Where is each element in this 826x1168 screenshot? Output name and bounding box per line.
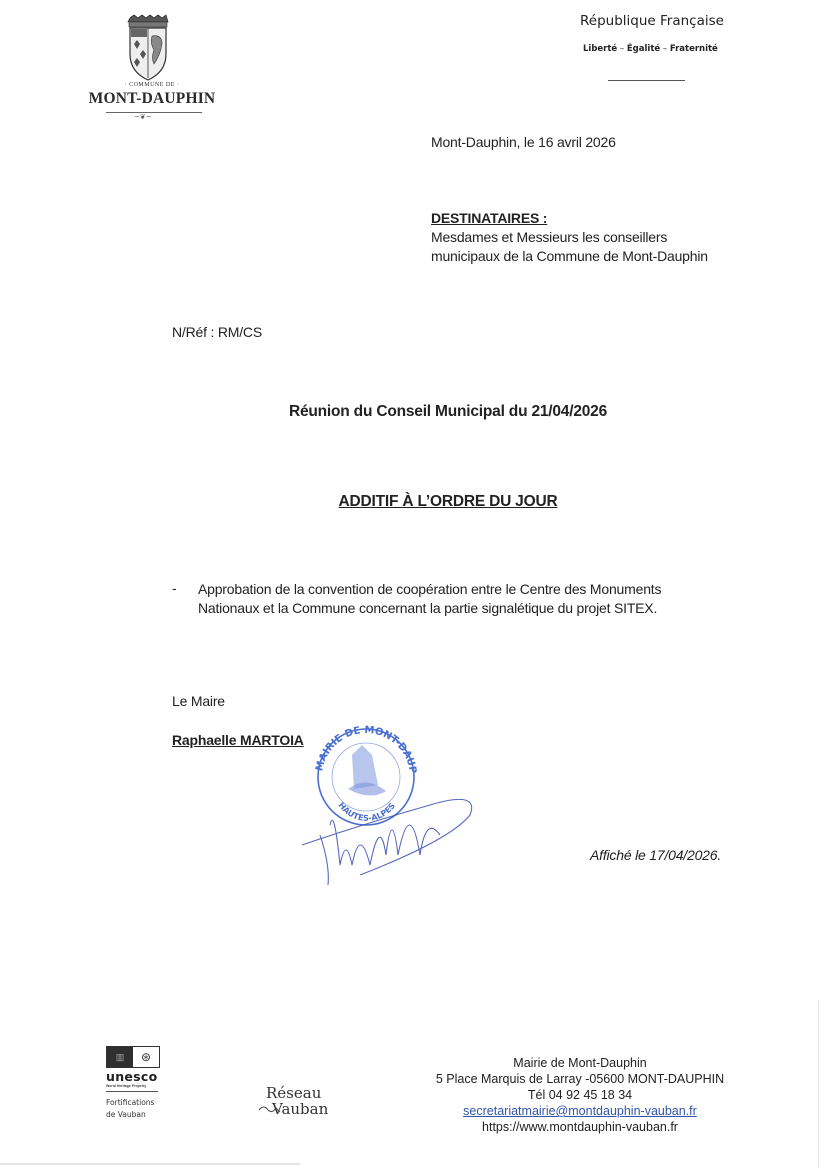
unesco-word: unesco — [106, 1069, 162, 1084]
contact-block: Mairie de Mont-Dauphin 5 Place Marquis d… — [400, 1055, 760, 1135]
recipients-line: Mesdames et Messieurs les conseillers — [431, 229, 667, 245]
agenda-bullet: - — [172, 580, 198, 618]
coat-of-arms-icon — [118, 14, 178, 84]
republic-divider — [608, 80, 685, 81]
motto-liberte: Liberté — [583, 44, 617, 54]
contact-address: 5 Place Marquis de Larray -05600 MONT-DA… — [400, 1071, 760, 1087]
world-heritage-icon: ⊛ — [133, 1047, 159, 1067]
unesco-inscription: de Vauban — [106, 1109, 162, 1121]
reseau-vauban-logo: Réseau Vauban — [258, 1084, 338, 1124]
posted-date: Affiché le 17/04/2026. — [590, 847, 721, 863]
wave-icon — [258, 1102, 282, 1116]
scan-edge — [0, 1163, 300, 1165]
unesco-logo: ▥ ⊛ unesco World Heritage Property Forti… — [106, 1046, 162, 1121]
agenda-line: Nationaux et la Commune concernant la pa… — [198, 599, 661, 618]
motto-fraternite: Fraternité — [670, 44, 718, 54]
agenda-list: - Approbation de la convention de coopér… — [172, 580, 692, 618]
unesco-inscription: Fortifications — [106, 1097, 162, 1109]
contact-name: Mairie de Mont-Dauphin — [400, 1055, 760, 1071]
motto-egalite: Égalité — [627, 44, 660, 54]
date-line: Mont-Dauphin, le 16 avril 2026 — [431, 134, 616, 150]
unesco-subtitle: World Heritage Property — [106, 1084, 158, 1092]
official-stamp-icon: MAIRIE DE MONT-DAUPHIN HAUTES-ALPES — [300, 715, 500, 885]
reference: N/Réf : RM/CS — [172, 324, 262, 340]
commune-name: MONT-DAUPHIN — [80, 90, 224, 108]
scan-edge — [818, 1000, 819, 1168]
republic-title: République Française — [580, 13, 724, 29]
agenda-item: - Approbation de la convention de coopér… — [172, 580, 692, 618]
unesco-temple-icon: ▥ — [107, 1047, 133, 1067]
agenda-line: Approbation de la convention de coopérat… — [198, 580, 661, 599]
logo-divider — [106, 112, 202, 113]
commune-label: · COMMUNE DE · — [82, 82, 222, 88]
additif-title: ADDITIF À L’ORDRE DU JOUR — [0, 493, 826, 511]
contact-website[interactable]: https://www.montdauphin-vauban.fr — [400, 1119, 760, 1135]
recipients-line: municipaux de la Commune de Mont-Dauphin — [431, 248, 708, 264]
meeting-title: Réunion du Conseil Municipal du 21/04/20… — [0, 403, 826, 421]
signatory-title: Le Maire — [172, 693, 225, 709]
contact-phone: Tél 04 92 45 18 34 — [400, 1087, 760, 1103]
flourish-icon: ~❦~ — [134, 113, 152, 121]
contact-email-link[interactable]: secretariatmairie@montdauphin-vauban.fr — [400, 1103, 760, 1119]
signatory-name: Raphaelle MARTOIA — [172, 732, 304, 748]
recipients-title: DESTINATAIRES : — [431, 210, 547, 226]
republic-motto: Liberté – Égalité – Fraternité — [583, 44, 718, 54]
